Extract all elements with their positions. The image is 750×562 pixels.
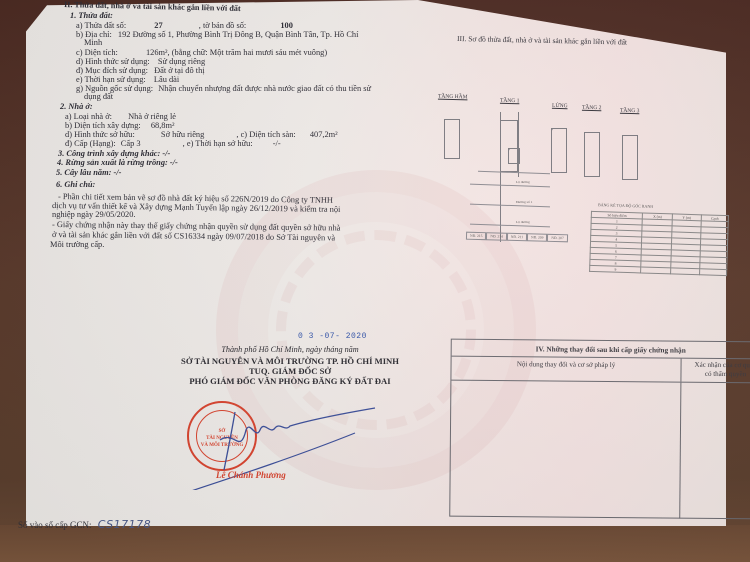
build-area-value: 68,8m² xyxy=(151,121,175,130)
coord-cell xyxy=(670,268,699,275)
issue-date-stamp: 0 3 -07- 2020 xyxy=(298,332,367,341)
floor-label-basement: TẦNG HẦM xyxy=(438,94,468,101)
floor3-plan xyxy=(622,135,638,180)
term-label: e) Thời hạn sử dụng: xyxy=(76,75,146,84)
neighbor-parcel: NĐ. 211 xyxy=(507,233,527,242)
coord-cell xyxy=(699,269,726,276)
grade-row: đ) Cấp (Hạng): Cấp 3 , e) Thời hạn sở hữ… xyxy=(65,139,281,149)
coord-point-id: 9 xyxy=(590,265,642,273)
area-label: c) Diện tích: xyxy=(76,48,118,57)
perennial-trees: 5. Cây lâu năm: -/- xyxy=(56,168,121,178)
land-heading: 1. Thửa đất: xyxy=(70,11,113,21)
map-sheet-label: , tờ bản đồ số: xyxy=(199,21,246,30)
coordinate-table: Số hiệu điểm X (m) Y (m) Cạnh 123456789 xyxy=(589,211,729,276)
authorization-line: TUQ. GIÁM ĐỐC SỞ xyxy=(160,366,420,376)
floor-area-value: 407,2m² xyxy=(310,130,338,139)
gcn-value: CS17178 xyxy=(98,518,151,531)
address-line2: Minh xyxy=(84,38,102,48)
floor-label-floor2: TẦNG 2 xyxy=(582,105,602,112)
signer-position: PHÓ GIÁM ĐỐC VĂN PHÒNG ĐĂNG KÝ ĐẤT ĐAI xyxy=(160,376,420,386)
house-heading: 2. Nhà ở: xyxy=(60,102,93,112)
right-page-section-iii: III. Sơ đồ thửa đất, nhà ở và tài sản kh… xyxy=(430,0,730,526)
parcel-label: a) Thửa đất số: xyxy=(76,21,126,30)
ownership-value: Sở hữu riêng xyxy=(161,130,204,139)
neighbor-parcels: NĐ. 215 NĐ. 214 NĐ. 211 NĐ. 209 NĐ. 207 xyxy=(466,232,568,243)
map-sheet-number: 100 xyxy=(280,21,293,30)
parcel-number: 27 xyxy=(154,21,162,30)
house-type-label: a) Loại nhà ở: xyxy=(65,112,112,121)
ownership-label: d) Hình thức sở hữu: xyxy=(65,130,135,139)
notes-heading: 6. Ghi chú: xyxy=(56,180,95,190)
basement-plan xyxy=(444,119,460,159)
floor-area-label: , c) Diện tích sàn: xyxy=(236,130,295,139)
neighbor-parcel: NĐ. 207 xyxy=(547,234,568,243)
note-line-3: nghiệp ngày 29/05/2020. xyxy=(52,210,136,220)
changes-content-header: Nội dung thay đổi và cơ sở pháp lý xyxy=(451,357,681,382)
purpose-label: đ) Mục đích sử dụng: xyxy=(76,66,148,75)
road-label-2: Đường số 1 xyxy=(516,200,532,204)
address-row: b) Địa chỉ: 192 Đường số 1, Phường Bình … xyxy=(76,30,358,40)
changes-confirmation-header: Xác nhận của cơ quan có thẩm quyền xyxy=(681,359,750,383)
origin-row: g) Nguồn gốc sử dụng: Nhận chuyển nhượng… xyxy=(76,84,371,94)
house-type-value: Nhà ở riêng lẻ xyxy=(128,112,176,121)
neighbor-parcel: NĐ. 215 xyxy=(466,232,487,241)
signer-name: Lê Chánh Phương xyxy=(216,470,286,480)
parcel-boundary-left xyxy=(500,112,501,242)
confirmation-header-line2: có thẩm quyền xyxy=(681,369,750,378)
purpose-value: Đất ở tại đô thị xyxy=(154,66,204,75)
floor2-plan xyxy=(584,132,600,177)
area-value: 126m², (bằng chữ: Một trăm hai mươi sáu … xyxy=(146,48,327,57)
floor-label-floor1: TẦNG 1 xyxy=(500,98,520,105)
road-line-1 xyxy=(478,171,550,175)
origin-line2: dụng đất xyxy=(84,92,113,102)
parcel-boundary-right xyxy=(518,112,519,177)
coord-cell xyxy=(641,267,671,274)
changes-confirmation-cell xyxy=(680,383,750,520)
own-term-label: , e) Thời hạn sở hữu: xyxy=(183,139,253,148)
floor1-plan xyxy=(500,120,518,172)
road-line-4 xyxy=(470,224,550,228)
note-line-6: Môi trường cấp. xyxy=(50,240,104,250)
origin-value: Nhận chuyển nhượng đất được nhà nước gia… xyxy=(158,84,371,93)
coordinate-table-caption: BẢNG KÊ TỌA ĐỘ GÓC RANH xyxy=(598,202,653,209)
road-line-2 xyxy=(470,184,550,188)
production-forest: 4. Rừng sản xuất là rừng trồng: -/- xyxy=(57,158,178,168)
floor-label-floor3: TẦNG 3 xyxy=(620,108,640,115)
section-iii-title: III. Sơ đồ thửa đất, nhà ở và tài sản kh… xyxy=(457,34,627,47)
neighbor-parcel: NĐ. 209 xyxy=(527,233,548,242)
use-form-label: d) Hình thức sử dụng: xyxy=(76,57,150,66)
term-value: Lâu dài xyxy=(154,75,179,84)
mezzanine-plan xyxy=(551,128,567,173)
road-label-3: Lộ đường xyxy=(516,220,530,224)
floor-label-mezzanine: LỬNG xyxy=(552,103,568,109)
issuing-authority: SỞ TÀI NGUYÊN VÀ MÔI TRƯỜNG TP. HỒ CHÍ M… xyxy=(160,356,420,366)
road-line-3 xyxy=(470,204,550,208)
use-form-value: Sử dụng riêng xyxy=(158,57,205,66)
signature-block: Thành phố Hồ Chí Minh, ngày tháng năm SỞ… xyxy=(160,345,420,386)
changes-table: IV. Những thay đổi sau khi cấp giấy chứn… xyxy=(449,339,750,520)
neighbor-parcel: NĐ. 214 xyxy=(486,232,507,241)
grade-label: đ) Cấp (Hạng): xyxy=(65,139,116,148)
gcn-label: Số vào sổ cấp GCN: xyxy=(18,520,92,530)
place-date-line: Thành phố Hồ Chí Minh, ngày tháng năm xyxy=(160,345,420,354)
grade-value: Cấp 3 xyxy=(121,139,141,148)
own-term-value: -/- xyxy=(273,139,281,148)
address-value: 192 Đường số 1, Phường Bình Trị Đông B, … xyxy=(118,30,359,39)
build-area-label: b) Diện tích xây dựng: xyxy=(65,121,141,130)
road-label-1: Lộ đường xyxy=(516,180,530,184)
changes-content-cell xyxy=(450,381,681,519)
gcn-register-number: Số vào sổ cấp GCN: CS17178 xyxy=(18,518,151,531)
